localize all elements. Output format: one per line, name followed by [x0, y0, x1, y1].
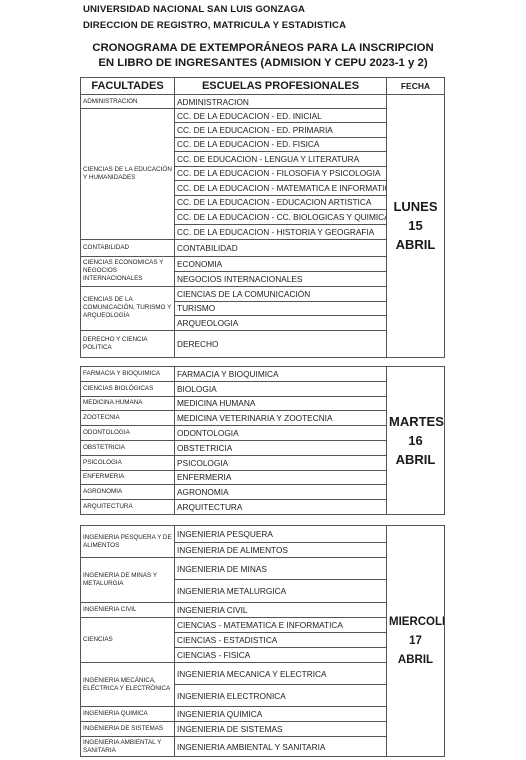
faculty-cell: PSICOLOGIA — [81, 455, 175, 470]
faculty-cell: OBSTETRICIA — [81, 440, 175, 455]
faculty-cell: ARQUITECTURA — [81, 500, 175, 515]
faculty-cell: CIENCIAS DE LA COMUNICACIÓN, TURISMO Y A… — [81, 286, 175, 330]
column-header-facultades: FACULTADES — [81, 78, 175, 95]
faculty-cell: CIENCIAS — [81, 618, 175, 663]
school-cell: INGENIERIA DE SISTEMAS — [175, 722, 387, 737]
faculty-cell: DERECHO Y CIENCIA POLITICA — [81, 330, 175, 357]
faculty-cell: ODONTOLOGIA — [81, 426, 175, 441]
school-cell: MEDICINA VETERINARIA Y ZOOTECNIA — [175, 411, 387, 426]
school-cell: INGENIERIA PESQUERA — [175, 526, 387, 543]
faculty-cell: INGENIERIA PESQUERA Y DE ALIMENTOS — [81, 526, 175, 558]
school-cell: ODONTOLOGIA — [175, 426, 387, 441]
school-cell: CC. DE LA EDUCACION - FILOSOFIA Y PSICOL… — [175, 166, 387, 181]
school-cell: INGENIERIA ELECTRONICA — [175, 685, 387, 707]
school-cell: INGENIERIA QUIMICA — [175, 707, 387, 722]
date-cell: MARTES16ABRIL — [387, 367, 445, 515]
date-cell: MIERCOLES17ABRIL — [387, 526, 445, 757]
date-month: ABRIL — [389, 235, 442, 254]
document-title-line-1: CRONOGRAMA DE EXTEMPORÁNEOS PARA LA INSC… — [0, 42, 526, 54]
faculty-cell: MEDICINA HUMANA — [81, 396, 175, 411]
school-cell: MEDICINA HUMANA — [175, 396, 387, 411]
school-cell: ARQUEOLOGIA — [175, 316, 387, 331]
school-cell: NEGOCIOS INTERNACIONALES — [175, 271, 387, 286]
school-cell: CC. DE LA EDUCACION - CC. BIOLOGICAS Y Q… — [175, 210, 387, 225]
date-day: 17 — [389, 632, 442, 651]
faculty-cell: CONTABILIDAD — [81, 239, 175, 256]
date-day-name: MARTES — [389, 412, 442, 431]
faculty-cell: ADMINISTRACION — [81, 95, 175, 109]
school-cell: CC. DE LA EDUCACION - ED. INICIAL — [175, 109, 387, 123]
school-cell: TURISMO — [175, 301, 387, 316]
school-cell: CC. DE EDUCACION - LENGUA Y LITERATURA — [175, 152, 387, 167]
school-cell: OBSTETRICIA — [175, 440, 387, 455]
school-cell: AGRONOMIA — [175, 485, 387, 500]
faculty-cell: INGENIERIA DE SISTEMAS — [81, 722, 175, 737]
school-cell: ECONOMIA — [175, 256, 387, 271]
school-cell: CIENCIAS - ESTADISTICA — [175, 633, 387, 648]
faculty-cell: AGRONOMIA — [81, 485, 175, 500]
faculty-cell: INGENIERIA MECÁNICA, ELÉCTRICA Y ELECTRÓ… — [81, 663, 175, 707]
table-row: ADMINISTRACIONADMINISTRACIONLUNES15ABRIL — [81, 95, 445, 109]
table-row: FARMACIA Y BIOQUIMICAFARMACIA Y BIOQUIMI… — [81, 367, 445, 382]
faculty-cell: CIENCIAS ECONOMICAS Y NEGOCIOS INTERNACI… — [81, 256, 175, 286]
school-cell: CC. DE LA EDUCACION - EDUCACION ARTISTIC… — [175, 195, 387, 210]
school-cell: CC. DE LA EDUCACION - ED. PRIMARIA — [175, 123, 387, 138]
date-day: 16 — [389, 431, 442, 450]
faculty-cell: INGENIERIA QUIMICA — [81, 707, 175, 722]
school-cell: CIENCIAS DE LA COMUNICACIÓN — [175, 286, 387, 301]
date-day-name: MIERCOLES — [389, 613, 442, 632]
school-cell: INGENIERIA AMBIENTAL Y SANITARIA — [175, 737, 387, 757]
school-cell: INGENIERIA MECANICA Y ELECTRICA — [175, 663, 387, 685]
school-cell: CIENCIAS - MATEMATICA E INFORMATICA — [175, 618, 387, 633]
school-cell: CC. DE LA EDUCACION - HISTORIA Y GEOGRAF… — [175, 224, 387, 239]
schedule-table-miercoles: INGENIERIA PESQUERA Y DE ALIMENTOSINGENI… — [80, 525, 445, 757]
faculty-cell: INGENIERIA CIVIL — [81, 603, 175, 618]
date-month: ABRIL — [389, 651, 442, 670]
column-header-escuelas: ESCUELAS PROFESIONALES — [175, 78, 387, 95]
school-cell: INGENIERIA DE ALIMENTOS — [175, 543, 387, 558]
school-cell: ADMINISTRACION — [175, 95, 387, 109]
faculty-cell: INGENIERIA AMBIENTAL Y SANITARIA — [81, 737, 175, 757]
school-cell: DERECHO — [175, 330, 387, 357]
schedule-table-lunes: FACULTADESESCUELAS PROFESIONALESFECHAADM… — [80, 77, 445, 358]
school-cell: CC. DE LA EDUCACION - MATEMATICA E INFOR… — [175, 181, 387, 196]
date-month: ABRIL — [389, 450, 442, 469]
faculty-cell: ZOOTECNIA — [81, 411, 175, 426]
university-name: UNIVERSIDAD NACIONAL SAN LUIS GONZAGA — [83, 4, 305, 15]
school-cell: INGENIERIA METALURGICA — [175, 580, 387, 603]
table-header-row: FACULTADESESCUELAS PROFESIONALESFECHA — [81, 78, 445, 95]
school-cell: INGENIERIA CIVIL — [175, 603, 387, 618]
document-title-line-2: EN LIBRO DE INGRESANTES (ADMISION Y CEPU… — [0, 57, 526, 69]
faculty-cell: INGENIERIA DE MINAS Y METALURGIA — [81, 558, 175, 603]
schedule-table-martes: FARMACIA Y BIOQUIMICAFARMACIA Y BIOQUIMI… — [80, 366, 445, 515]
school-cell: PSICOLOGIA — [175, 455, 387, 470]
school-cell: CONTABILIDAD — [175, 239, 387, 256]
date-day: 15 — [389, 216, 442, 235]
school-cell: BIOLOGIA — [175, 381, 387, 396]
school-cell: FARMACIA Y BIOQUIMICA — [175, 367, 387, 382]
column-header-fecha: FECHA — [387, 78, 445, 95]
school-cell: ARQUITECTURA — [175, 500, 387, 515]
faculty-cell: CIENCIAS BIOLÓGICAS — [81, 381, 175, 396]
school-cell: ENFERMERIA — [175, 470, 387, 485]
school-cell: CIENCIAS - FISICA — [175, 648, 387, 663]
faculty-cell: ENFERMERIA — [81, 470, 175, 485]
date-day-name: LUNES — [389, 197, 442, 216]
school-cell: CC. DE LA EDUCACION - ED. FISICA — [175, 137, 387, 152]
table-row: INGENIERIA PESQUERA Y DE ALIMENTOSINGENI… — [81, 526, 445, 543]
faculty-cell: CIENCIAS DE LA EDUCACIÓN Y HUMANIDADES — [81, 109, 175, 240]
faculty-cell: FARMACIA Y BIOQUIMICA — [81, 367, 175, 382]
school-cell: INGENIERIA DE MINAS — [175, 558, 387, 580]
date-cell: LUNES15ABRIL — [387, 95, 445, 358]
department-name: DIRECCION DE REGISTRO, MATRICULA Y ESTAD… — [83, 20, 346, 31]
